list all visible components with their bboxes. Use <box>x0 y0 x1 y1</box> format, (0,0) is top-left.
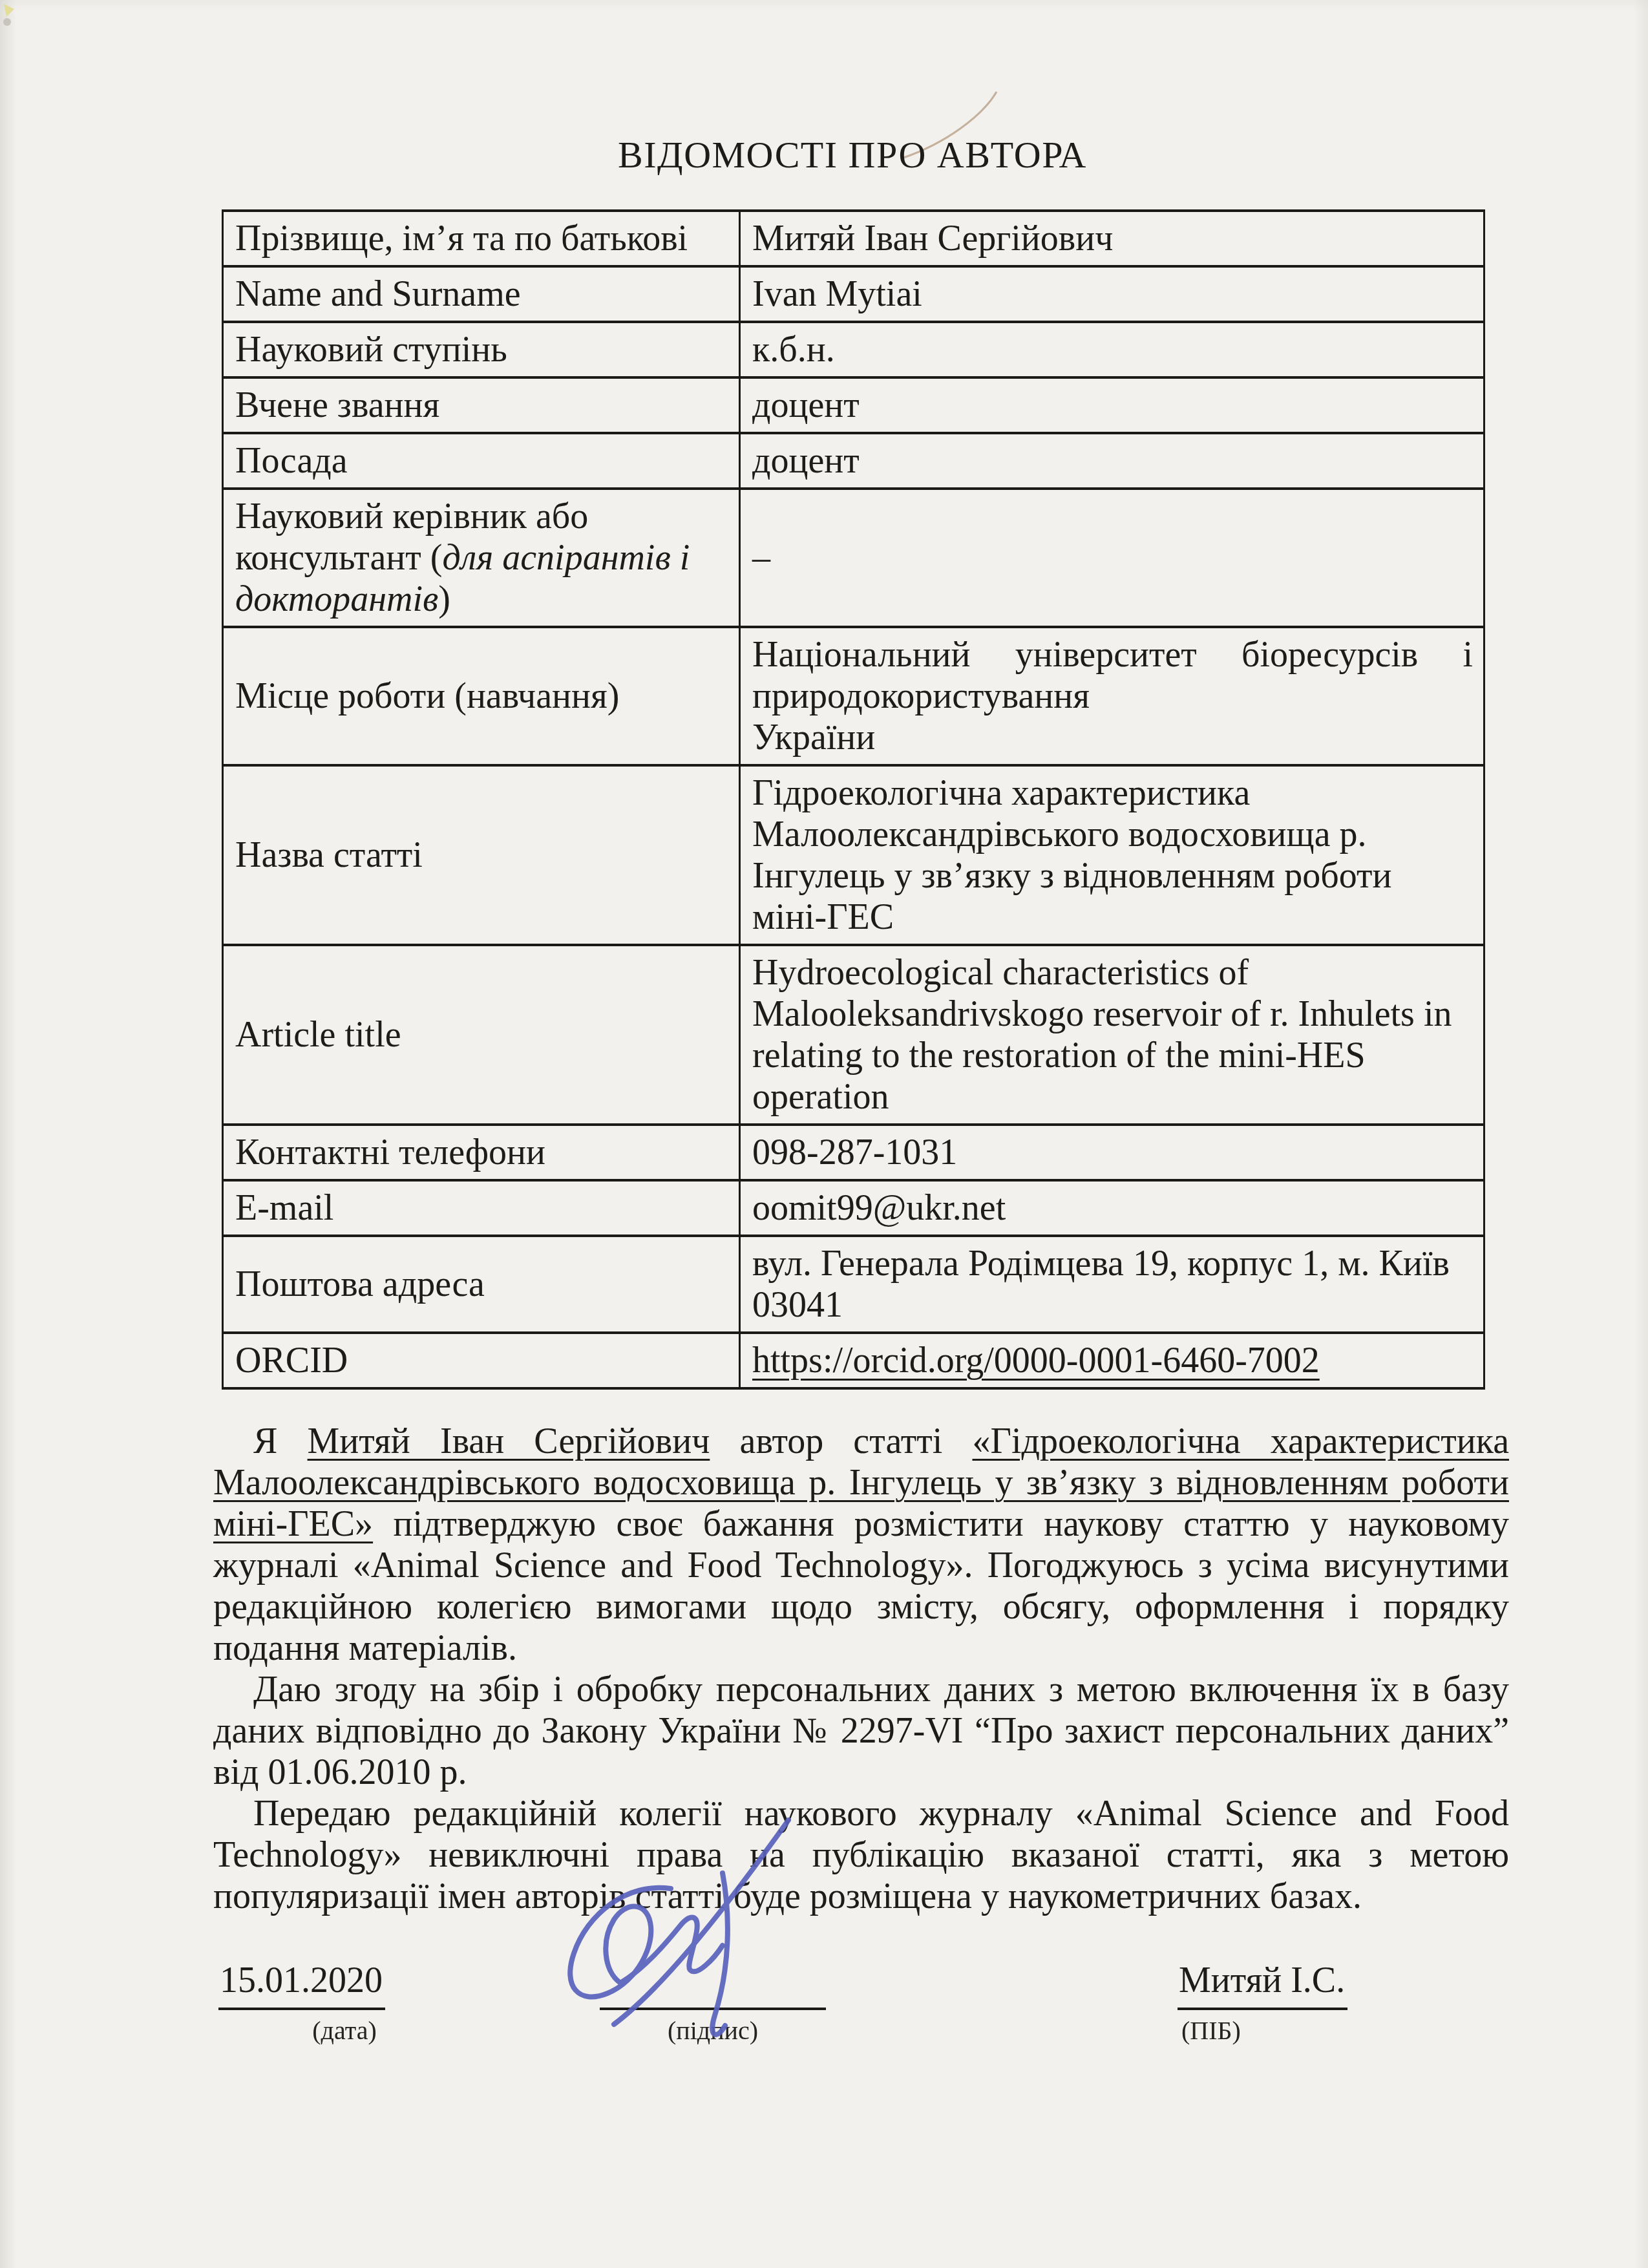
row-scientific-degree: Науковий ступінь к.б.н. <box>223 322 1484 377</box>
row-value: Ivan Mytiai <box>740 266 1484 322</box>
row-article-title-ua: Назва статті Гідроекологічна характерист… <box>223 765 1484 945</box>
label-text: E-mail <box>235 1188 333 1228</box>
signature-date-caption: (дата) <box>261 2017 428 2045</box>
signature-date: 15.01.2020 (дата) <box>218 1960 385 2045</box>
row-value: вул. Генерала Родімцева 19, корпус 1, м.… <box>740 1236 1484 1333</box>
scanned-document-page: ВІДОМОСТІ ПРО АВТОРА Прізвище, ім’я та п… <box>0 0 1648 2268</box>
value-text: 098-287-1031 <box>752 1132 957 1172</box>
value-dash: – <box>752 538 770 578</box>
value-text: доцент <box>752 441 860 481</box>
row-position: Посада доцент <box>223 433 1484 489</box>
label-text: Name and Surname <box>235 274 521 314</box>
value-text: вул. Генерала Родімцева 19, корпус 1, м.… <box>752 1244 1450 1325</box>
signature-block: 15.01.2020 (дата) (підпис) Митяй І.С. (П… <box>213 1948 1509 2142</box>
signature-name: Митяй І.С. (ПІБ) <box>1178 1960 1347 2045</box>
row-value: доцент <box>740 433 1484 489</box>
signature-line <box>600 1960 826 2010</box>
row-orcid: ORCID https://orcid.org/0000-0001-6460-7… <box>223 1333 1484 1388</box>
row-email: E-mail oomit99@ukr.net <box>223 1180 1484 1236</box>
value-text: к.б.н. <box>752 330 835 370</box>
row-postal-address: Поштова адреса вул. Генерала Родімцева 1… <box>223 1236 1484 1333</box>
row-value: oomit99@ukr.net <box>740 1180 1484 1236</box>
row-value: к.б.н. <box>740 322 1484 377</box>
label-text: Науковий ступінь <box>235 330 507 370</box>
row-workplace: Місце роботи (навчання) Національний уні… <box>223 627 1484 765</box>
row-supervisor: Науковий керівник або консультант (для а… <box>223 489 1484 627</box>
signature-caption: (підпис) <box>600 2017 826 2045</box>
row-label: Article title <box>223 945 740 1125</box>
row-label: Name and Surname <box>223 266 740 322</box>
signature-field: (підпис) <box>600 1960 826 2045</box>
orcid-url-text: https://orcid.org/0000-0001-6460-7002 <box>752 1341 1320 1381</box>
label-text: Місце роботи (навчання) <box>235 676 619 716</box>
signature-date-text: 15.01.2020 <box>218 1960 385 2010</box>
row-value: Митяй Іван Сергійович <box>740 211 1484 266</box>
value-text: доцент <box>752 385 860 425</box>
row-fullname-ua: Прізвище, ім’я та по батькові Митяй Іван… <box>223 211 1484 266</box>
signature-name-text: Митяй І.С. <box>1178 1960 1347 2010</box>
row-label: ORCID <box>223 1333 740 1388</box>
row-label: Місце роботи (навчання) <box>223 627 740 765</box>
value-text: oomit99@ukr.net <box>752 1188 1006 1228</box>
consent-p1-mid: автор статті <box>710 1421 972 1461</box>
consent-p1-rest: підтверджую своє бажання розмістити наук… <box>213 1504 1509 1668</box>
value-text: Національний університет біоресурсів і п… <box>752 635 1473 758</box>
document-content: ВІДОМОСТІ ПРО АВТОРА Прізвище, ім’я та п… <box>213 134 1509 2142</box>
row-value: 098-287-1031 <box>740 1125 1484 1180</box>
label-text: Прізвище, ім’я та по батькові <box>235 218 688 259</box>
row-label: E-mail <box>223 1180 740 1236</box>
row-value: https://orcid.org/0000-0001-6460-7002 <box>740 1333 1484 1388</box>
consent-paragraph-1: Я Митяй Іван Сергійович автор статті «Гі… <box>213 1421 1509 1669</box>
consent-paragraph-2: Даю згоду на збір і обробку персональних… <box>213 1669 1509 1793</box>
consent-p1-lead: Я <box>253 1421 308 1461</box>
value-text: Гідроекологічна характеристика Малоолекс… <box>752 773 1391 937</box>
row-name-surname-en: Name and Surname Ivan Mytiai <box>223 266 1484 322</box>
row-value: Національний університет біоресурсів і п… <box>740 627 1484 765</box>
row-value: Гідроекологічна характеристика Малоолекс… <box>740 765 1484 945</box>
row-label: Вчене звання <box>223 377 740 433</box>
label-text: Назва статті <box>235 835 423 875</box>
consent-author-name-underlined: Митяй Іван Сергійович <box>308 1421 710 1461</box>
value-text: Ivan Mytiai <box>752 274 922 314</box>
label-text: Вчене звання <box>235 385 439 425</box>
scan-speck-corner <box>1 3 23 28</box>
label-text: Контактні телефони <box>235 1132 545 1172</box>
page-title: ВІДОМОСТІ ПРО АВТОРА <box>222 134 1483 176</box>
row-value: Hydroecological characteristics of Maloo… <box>740 945 1484 1125</box>
value-text: Митяй Іван Сергійович <box>752 218 1113 259</box>
consent-paragraph-3: Передаю редакційній колегії наукового жу… <box>213 1793 1509 1917</box>
label-text: Посада <box>235 441 348 481</box>
row-label: Назва статті <box>223 765 740 945</box>
row-label: Прізвище, ім’я та по батькові <box>223 211 740 266</box>
row-label: Поштова адреса <box>223 1236 740 1333</box>
signature-name-caption: (ПІБ) <box>1178 2017 1347 2045</box>
label-text: Поштова адреса <box>235 1264 485 1304</box>
label-text: ORCID <box>235 1341 348 1381</box>
row-label: Контактні телефони <box>223 1125 740 1180</box>
author-info-table: Прізвище, ім’я та по батькові Митяй Іван… <box>222 209 1485 1390</box>
label-text-suffix: ) <box>438 579 450 619</box>
row-label: Науковий керівник або консультант (для а… <box>223 489 740 627</box>
value-text: Hydroecological characteristics of Maloo… <box>752 953 1452 1117</box>
row-value: – <box>740 489 1484 627</box>
row-label: Науковий ступінь <box>223 322 740 377</box>
row-academic-title: Вчене звання доцент <box>223 377 1484 433</box>
row-article-title-en: Article title Hydroecological characteri… <box>223 945 1484 1125</box>
row-label: Посада <box>223 433 740 489</box>
row-contact-phones: Контактні телефони 098-287-1031 <box>223 1125 1484 1180</box>
row-value: доцент <box>740 377 1484 433</box>
consent-text-block: Я Митяй Іван Сергійович автор статті «Гі… <box>213 1421 1509 1917</box>
label-text: Article title <box>235 1015 401 1055</box>
